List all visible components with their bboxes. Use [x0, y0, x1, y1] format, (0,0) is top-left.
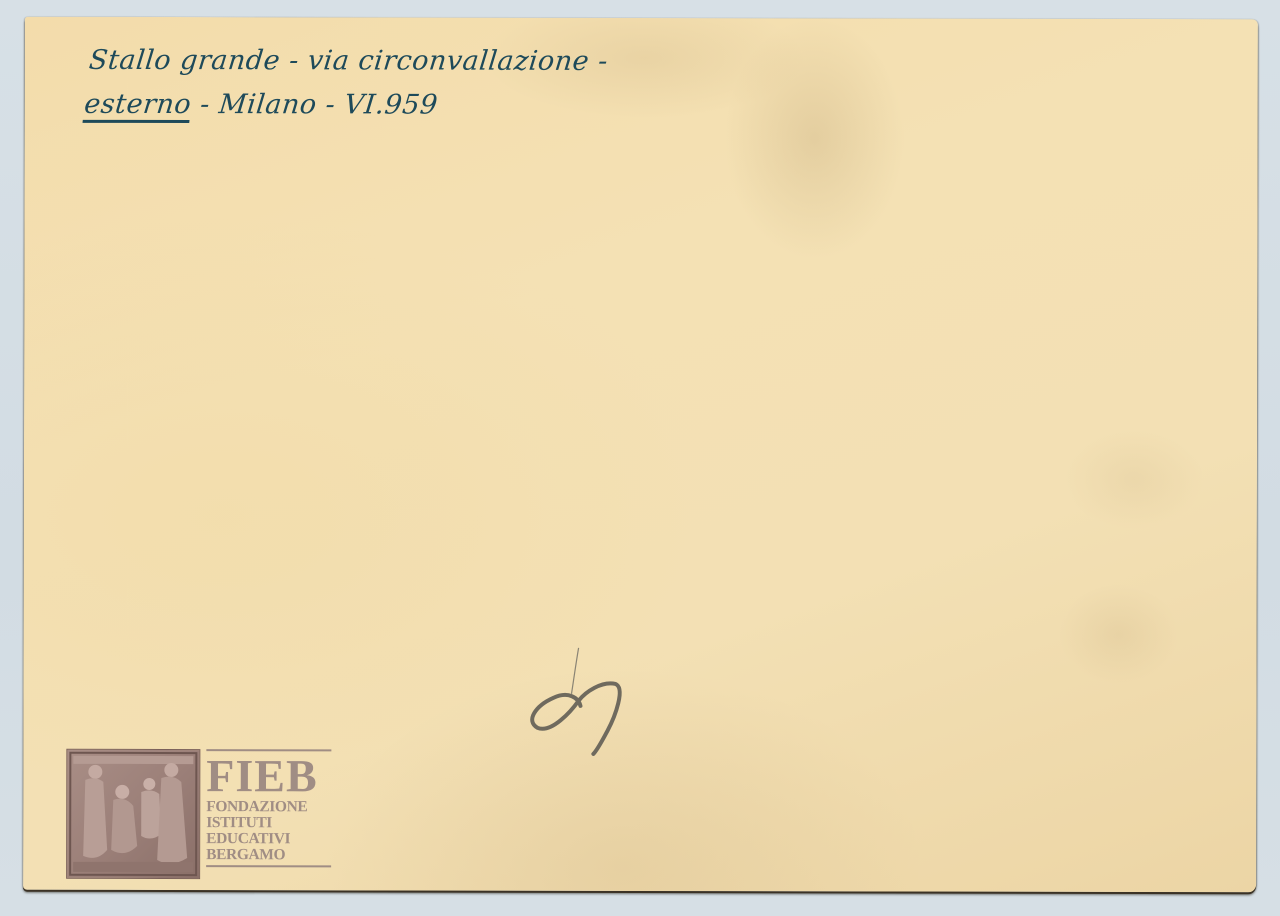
- caption-line-1: Stallo grande - via circonvallazione -: [87, 39, 732, 84]
- pencil-annotation: [523, 646, 633, 761]
- caption-line-2: esterno - Milano - VI.959: [82, 83, 727, 128]
- logo-wordmark: FIEB Fondazione Istituti Educativi Berga…: [206, 749, 331, 867]
- caption-underlined-word: esterno: [83, 89, 193, 120]
- logo-name-line-3: Educativi: [206, 831, 331, 847]
- pencil-scribble-icon: [523, 646, 633, 761]
- handwritten-caption: Stallo grande - via circonvallazione - e…: [82, 39, 731, 128]
- logo-acronym: FIEB: [206, 753, 331, 799]
- logo-name-line-1: Fondazione: [206, 799, 331, 815]
- logo-bottom-rule: [206, 865, 331, 867]
- logo-name-line-2: Istituti: [206, 815, 331, 831]
- logo-name-line-4: Bergamo: [206, 847, 331, 863]
- relief-sculpture-image: [66, 749, 200, 879]
- caption-line-2-rest: - Milano - VI.959: [190, 89, 440, 121]
- photo-card-back: Stallo grande - via circonvallazione - e…: [23, 17, 1258, 893]
- relief-figures-icon: [67, 750, 199, 878]
- fieb-logo: FIEB Fondazione Istituti Educativi Berga…: [66, 749, 331, 880]
